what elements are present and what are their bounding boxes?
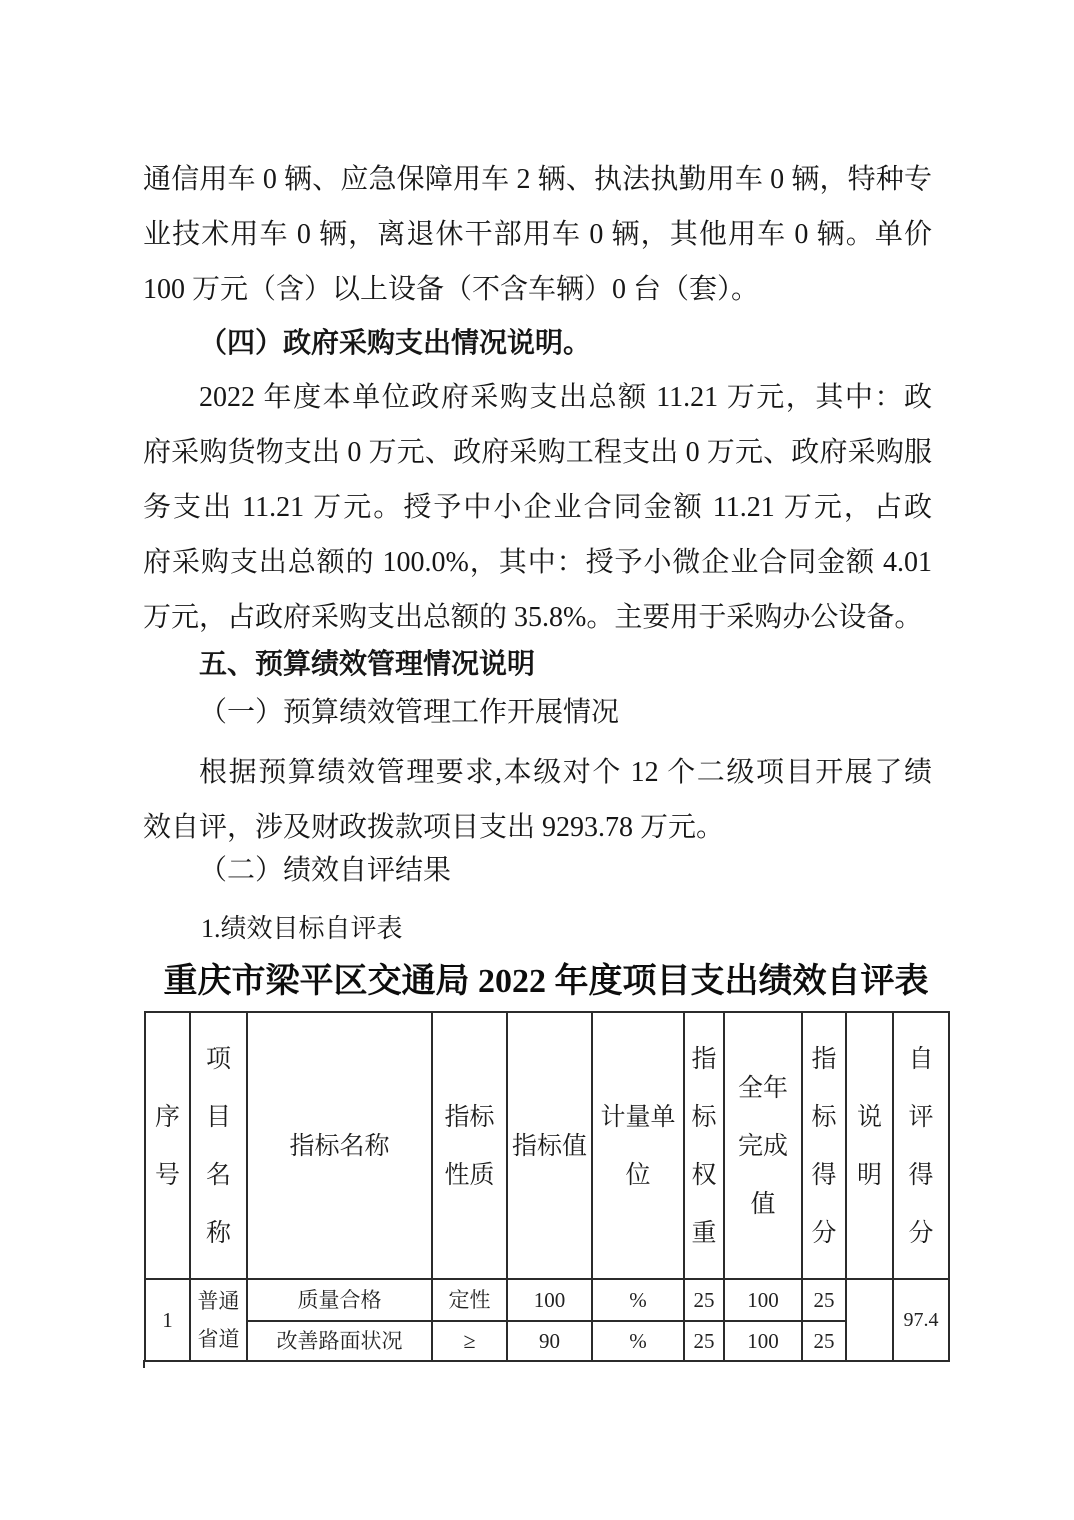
text-line: 通信用车 0 辆、应急保障用车 2 辆、执法执勤用车 0 辆，特种专 <box>143 152 932 207</box>
cell-annual-value: 100 <box>724 1279 802 1321</box>
col-header-indicator-target: 指标值 <box>507 1012 592 1279</box>
text-line: 府采购支出总额的 100.0%，其中：授予小微企业合同金额 4.01 <box>143 535 932 590</box>
cell-indicator-name: 质量合格 <box>247 1279 432 1321</box>
cell-note <box>846 1279 893 1361</box>
cell-weight: 25 <box>684 1279 724 1321</box>
text-line: 业技术用车 0 辆，离退休干部用车 0 辆，其他用车 0 辆。单价 <box>143 207 932 262</box>
heading-section5-sub2: （二）绩效自评结果 <box>143 846 932 896</box>
cell-unit: % <box>592 1279 684 1321</box>
cell-annual-value: 100 <box>724 1321 802 1361</box>
col-header-seq: 序 号 <box>145 1012 190 1279</box>
table-title: 重庆市梁平区交通局 2022 年度项目支出绩效自评表 <box>144 960 948 1004</box>
text-line: 府采购货物支出 0 万元、政府采购工程支出 0 万元、政府采购服 <box>143 425 932 480</box>
cell-seq: 1 <box>145 1279 190 1361</box>
table-row: 改善路面状况 ≥ 90 % 25 100 25 <box>145 1321 949 1361</box>
paragraph-vehicles: 通信用车 0 辆、应急保障用车 2 辆、执法执勤用车 0 辆，特种专 业技术用车… <box>143 152 932 317</box>
cell-indicator-target: 100 <box>507 1279 592 1321</box>
cell-indicator-nature: 定性 <box>432 1279 507 1321</box>
cell-indicator-score: 25 <box>802 1321 846 1361</box>
text-line: 100 万元（含）以上设备（不含车辆）0 台（套）。 <box>143 262 932 317</box>
document-page: 通信用车 0 辆、应急保障用车 2 辆、执法执勤用车 0 辆，特种专 业技术用车… <box>0 0 1074 1520</box>
text-line: 根据预算绩效管理要求,本级对个 12 个二级项目开展了绩 <box>143 745 932 800</box>
heading-section5-sub1: （一）预算绩效管理工作开展情况 <box>143 688 932 738</box>
cell-unit: % <box>592 1321 684 1361</box>
text-line: 务支出 11.21 万元。授予中小企业合同金额 11.21 万元，占政 <box>143 480 932 535</box>
text-line: 2022 年度本单位政府采购支出总额 11.21 万元，其中：政 <box>143 370 932 425</box>
cell-indicator-score: 25 <box>802 1279 846 1321</box>
cell-indicator-name: 改善路面状况 <box>247 1321 432 1361</box>
col-header-unit: 计量单 位 <box>592 1012 684 1279</box>
cell-project-name: 普通 省道 <box>190 1279 247 1361</box>
cell-weight: 25 <box>684 1321 724 1361</box>
col-header-project-name: 项 目 名 称 <box>190 1012 247 1279</box>
col-header-annual-value: 全年 完成 值 <box>724 1012 802 1279</box>
col-header-indicator-score: 指 标 得 分 <box>802 1012 846 1279</box>
table-header-row: 序 号 项 目 名 称 指标名称 指标 性质 指标值 计量单 位 指 标 权 重… <box>145 1012 949 1279</box>
col-header-indicator-name: 指标名称 <box>247 1012 432 1279</box>
col-header-indicator-nature: 指标 性质 <box>432 1012 507 1279</box>
paragraph-procurement: 2022 年度本单位政府采购支出总额 11.21 万元，其中：政 府采购货物支出… <box>143 370 932 645</box>
cell-indicator-target: 90 <box>507 1321 592 1361</box>
heading-section5: 五、预算绩效管理情况说明 <box>143 639 932 689</box>
cell-self-score: 97.4 <box>893 1279 949 1361</box>
col-header-weight: 指 标 权 重 <box>684 1012 724 1279</box>
performance-table: 序 号 项 目 名 称 指标名称 指标 性质 指标值 计量单 位 指 标 权 重… <box>144 1011 950 1362</box>
heading-section4: （四）政府采购支出情况说明。 <box>143 316 932 371</box>
cell-indicator-nature: ≥ <box>432 1321 507 1361</box>
table-row: 1 普通 省道 质量合格 定性 100 % 25 100 25 97.4 <box>145 1279 949 1321</box>
col-header-note: 说 明 <box>846 1012 893 1279</box>
text-line: 万元，占政府采购支出总额的 35.8%。主要用于采购办公设备。 <box>143 590 932 645</box>
table-border-stub <box>143 1360 145 1368</box>
col-header-self-score: 自 评 得 分 <box>893 1012 949 1279</box>
heading-table-list: 1.绩效目标自评表 <box>143 906 932 952</box>
paragraph-selfeval: 根据预算绩效管理要求,本级对个 12 个二级项目开展了绩 效自评，涉及财政拨款项… <box>143 745 932 855</box>
